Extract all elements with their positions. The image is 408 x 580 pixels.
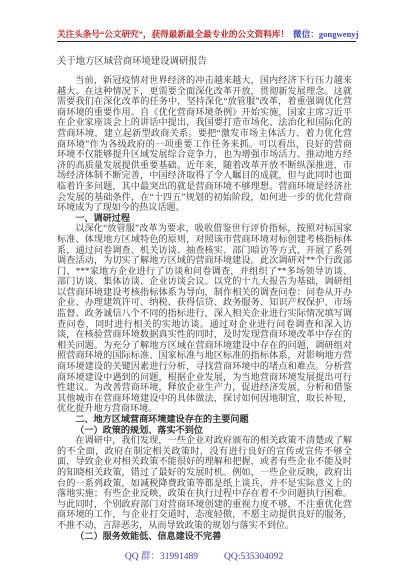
section-heading-2: 二、地方区域营商环境建设存在的主要问题 xyxy=(57,414,352,425)
section-heading-1: 一、调研过程 xyxy=(57,213,352,224)
header-promo-banner: 关注头条号“公文研究”，获得最新最全最专业的公文资料库！微信：gongwenyj xyxy=(57,29,356,42)
subsection-heading-2-2: （二）服务效能低、信息建设不完善 xyxy=(57,531,352,542)
subsection-heading-2-1: （一）政策的规划、落实不到位 xyxy=(57,425,352,436)
qq-number: QQ:535304092 xyxy=(224,552,283,562)
promo-wechat-id: 微信：gongwenyj xyxy=(293,29,358,39)
page-title: 关于地方区域营商环境建设调研报告 xyxy=(57,57,351,68)
footer-contact: QQ 群：31991489QQ:535304092 xyxy=(0,548,408,562)
paragraph-intro: 当前，新冠疫情对世界经济的冲击越来越大，国内经济下行压力越来越大。在这种情况下，… xyxy=(57,75,352,213)
document-page: 关注头条号“公文研究”，获得最新最全最专业的公文资料库！微信：gongwenyj… xyxy=(0,0,408,580)
document-body: 当前，新冠疫情对世界经济的冲击越来越大，国内经济下行压力越来越大。在这种情况下，… xyxy=(57,75,352,541)
qq-group-number: QQ 群：31991489 xyxy=(125,552,198,562)
paragraph-policy-issues: 在调研中，我们发现，一些企业对政府颁布的相关政策不清楚或了解的不全面，政府在制定… xyxy=(57,435,352,530)
promo-text: 关注头条号“公文研究”，获得最新最全最专业的公文资料库！ xyxy=(57,29,289,39)
paragraph-research-process: 以深化“放管服”改革为要求，吸收借鉴世行评价指标，按照对标国家标准、体现地方区域… xyxy=(57,223,352,414)
